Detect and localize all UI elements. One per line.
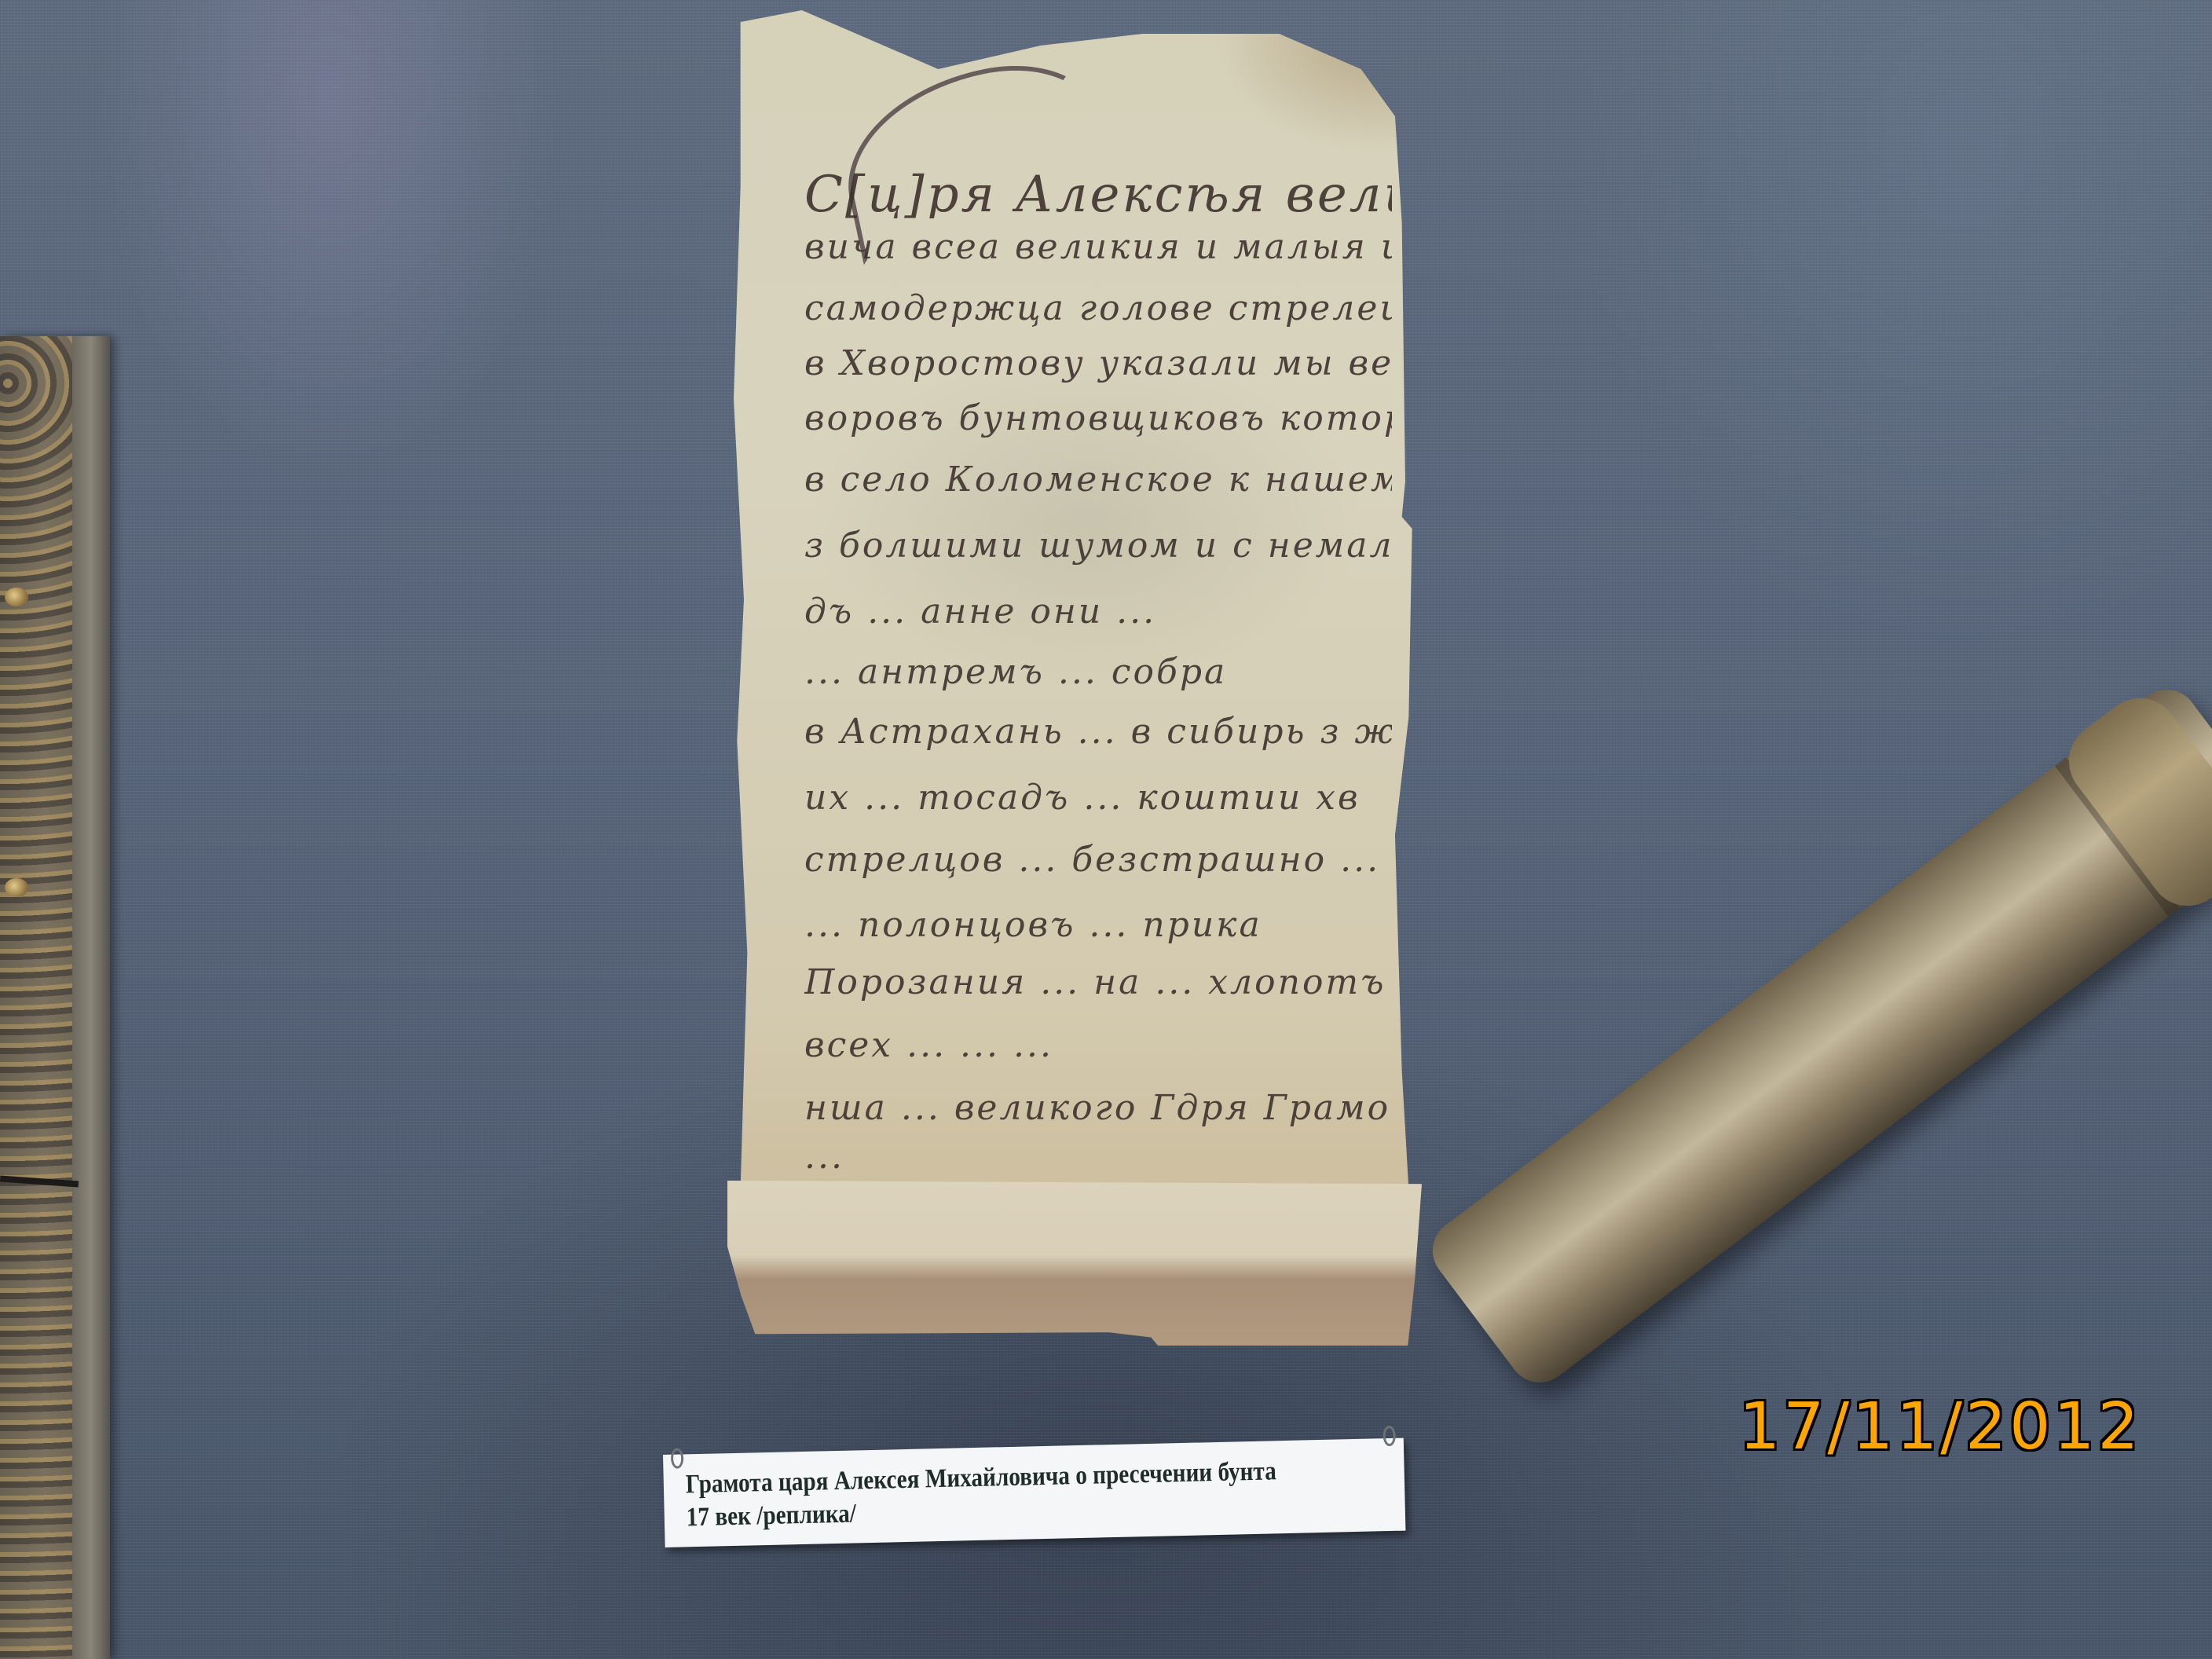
pin-icon — [1382, 1426, 1396, 1446]
manuscript-line: самодержца голове стрелецкому борису — [804, 285, 1392, 332]
ornamental-brass-panel — [0, 336, 110, 1659]
manuscript-line: ... полонцовъ ... прика — [804, 902, 1392, 949]
panel-rim — [72, 336, 110, 1659]
manuscript-line: в Хворостову указали мы великии гдрь — [804, 340, 1392, 387]
manuscript-line: ... — [804, 1133, 1392, 1181]
rolled-bottom-edge — [727, 1181, 1422, 1346]
manuscript-line: Порозания ... на ... хлопотъ — [804, 959, 1392, 1006]
manuscript-line: С[ц]ря Алексѣя великого гдря и велико кн… — [804, 171, 1392, 218]
manuscript-line: в село Коломенское к нашему цркому двору — [804, 456, 1392, 504]
manuscript-line: нша ... великого Гдря Грамота прииде — [804, 1085, 1392, 1132]
panel-boss — [5, 588, 28, 606]
manuscript-line: з болшими шумом и с немалою силою — [804, 522, 1392, 569]
panel-crack — [0, 1176, 79, 1188]
panel-boss — [5, 878, 28, 897]
manuscript-sheet: С[ц]ря Алексѣя великого гдря и велико кн… — [734, 10, 1415, 1188]
manuscript-line: воровъ бунтовщиковъ которые приходи — [804, 395, 1392, 442]
manuscript-line: дъ ... анне они ... — [804, 588, 1392, 635]
manuscript-line: в Астрахань ... в сибирь з женами — [804, 709, 1392, 756]
manuscript-line: вича всеа великия и малыя и белыя росии — [804, 224, 1392, 271]
manuscript-line: стрелцов ... безстрашно ... вечно — [804, 837, 1392, 884]
manuscript-charter: С[ц]ря Алексѣя великого гдря и велико кн… — [734, 10, 1417, 1346]
pin-icon — [671, 1448, 684, 1468]
manuscript-line: всех ... ... ... — [804, 1022, 1392, 1069]
camera-date-stamp: 17/11/2012 — [1739, 1395, 2142, 1459]
manuscript-line: ... антремъ ... собра — [804, 649, 1392, 696]
exhibit-label: Грамота царя Алексея Михайловича о пресе… — [663, 1438, 1405, 1547]
manuscript-line: их ... тосадъ ... коштии хв — [804, 775, 1392, 822]
manuscript-text: С[ц]ря Алексѣя великого гдря и велико кн… — [734, 10, 1415, 1188]
